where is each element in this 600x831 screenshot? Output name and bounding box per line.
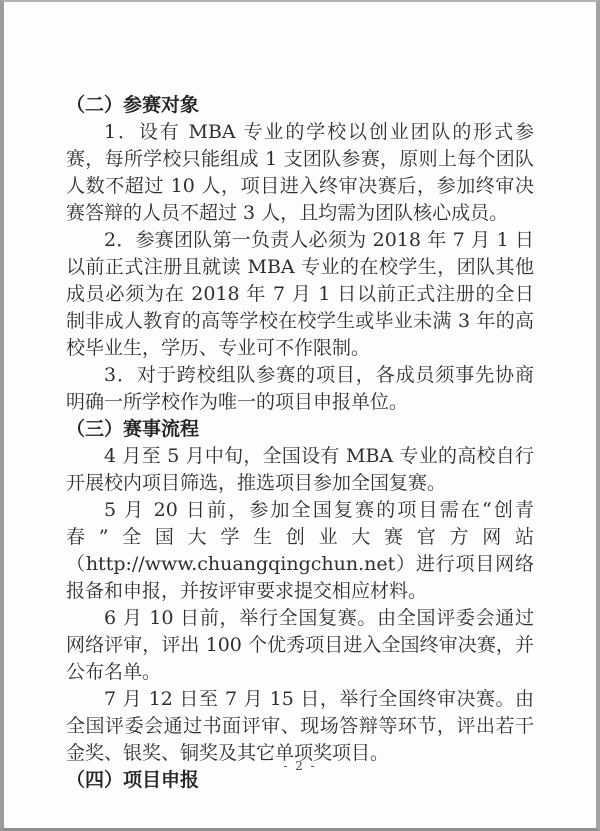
body-paragraph: 3．对于跨校组队参赛的项目，各成员须事先协商明确一所学校作为唯一的项目申报单位。 (66, 362, 534, 416)
body-paragraph: 1．设有 MBA 专业的学校以创业团队的形式参赛，每所学校只能组成 1 支团队参… (66, 119, 534, 227)
body-paragraph: 5 月 20 日前，参加全国复赛的项目需在“创青春”全国大学生创业大赛官方网站（… (66, 497, 534, 605)
body-paragraph: 6 月 10 日前，举行全国复赛。由全国评委会通过网络评审，评出 100 个优秀… (66, 605, 534, 686)
section-heading-process: （三）赛事流程 (66, 416, 534, 443)
document-body: （二）参赛对象 1．设有 MBA 专业的学校以创业团队的形式参赛，每所学校只能组… (66, 92, 534, 794)
scanned-document-page: （二）参赛对象 1．设有 MBA 专业的学校以创业团队的形式参赛，每所学校只能组… (0, 0, 600, 831)
body-paragraph: 2．参赛团队第一负责人必须为 2018 年 7 月 1 日以前正式注册且就读 M… (66, 227, 534, 362)
body-paragraph: 7 月 12 日至 7 月 15 日，举行全国终审决赛。由全国评委会通过书面评审… (66, 686, 534, 767)
page-number: - 2 - (4, 759, 596, 773)
body-paragraph: 4 月至 5 月中旬，全国设有 MBA 专业的高校自行开展校内项目筛选，推选项目… (66, 443, 534, 497)
section-heading-participants: （二）参赛对象 (66, 92, 534, 119)
